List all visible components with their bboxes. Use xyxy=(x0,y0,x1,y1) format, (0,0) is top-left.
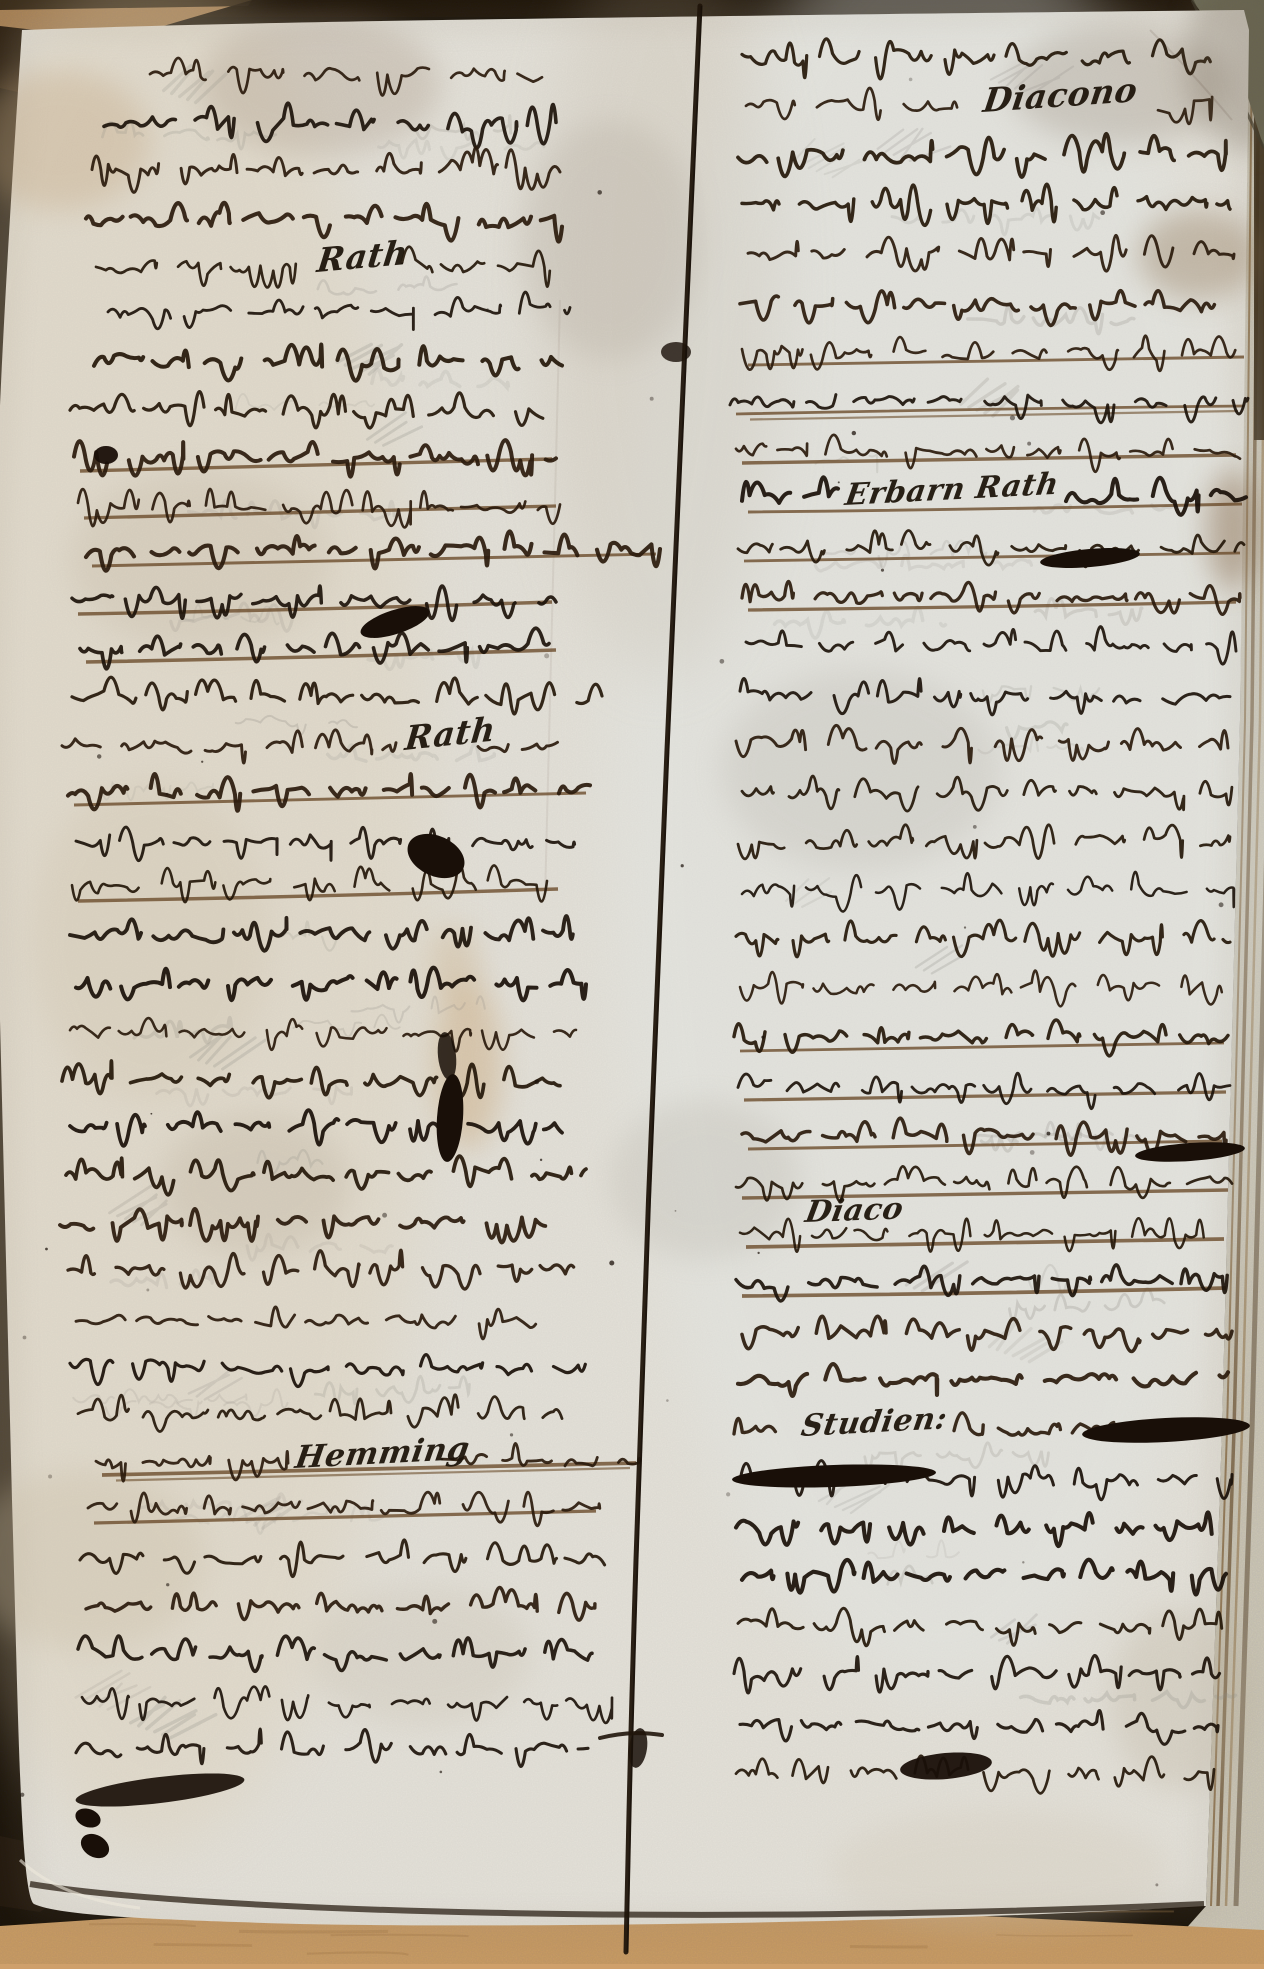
manuscript-photo: Aged manuscript book page photographed i… xyxy=(0,0,1264,1969)
manuscript-scan: RathRathHemmingDiaconoErbarn RathDiacoSt… xyxy=(0,0,1264,1969)
svg-text:Diaco: Diaco xyxy=(802,1192,907,1230)
